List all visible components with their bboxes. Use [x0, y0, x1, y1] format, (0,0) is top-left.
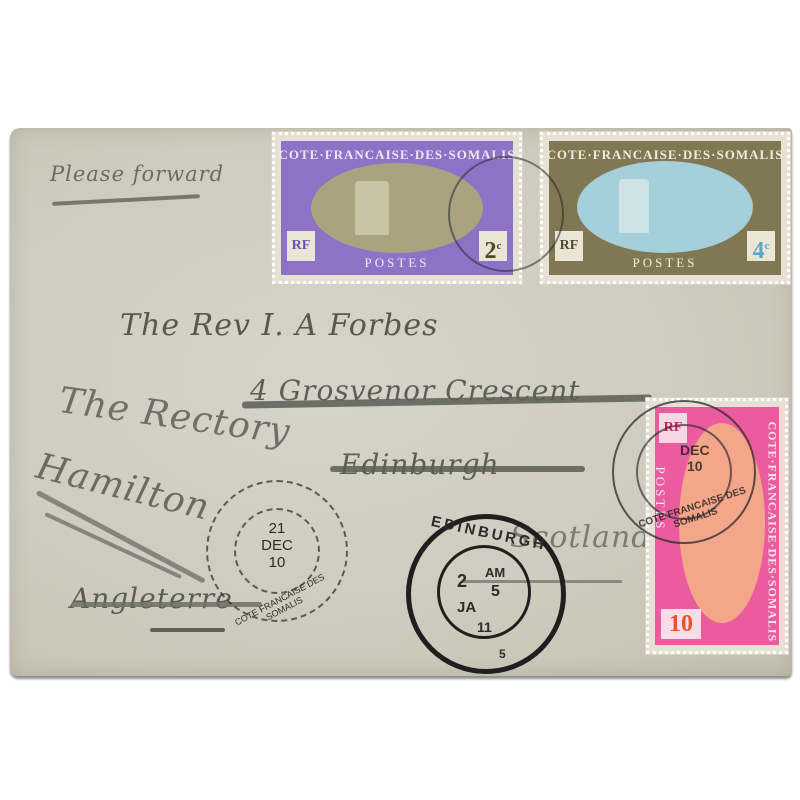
postmark-somalis-day: 21 [208, 520, 346, 537]
stamp-10c-value: 10 [661, 609, 701, 639]
postmark-somalis-right: DEC 10 COTE FRANCAISE DES SOMALIS [612, 400, 756, 544]
stamp-2c-building [355, 181, 389, 235]
new-city: Hamilton [32, 446, 214, 529]
addressee-name: The Rev I. A Forbes [120, 308, 439, 343]
stamp-4c-vignette [577, 161, 753, 253]
note-please-forward: Please forward [50, 162, 224, 186]
postmark-edinburgh-year: 11 [477, 619, 492, 635]
country-underline [150, 628, 225, 632]
note-underline [52, 194, 200, 206]
crossed-country: Angleterre [70, 582, 233, 615]
postmark-edinburgh: EDINBURGH 2 AM 5 JA 11 5 [406, 514, 566, 674]
postmark-edinburgh-day: 5 [491, 583, 500, 601]
postmark-edinburgh-hour: 2 [457, 571, 467, 592]
postmark-somalis-date: 21 DEC 10 COTE FRANCAISE DES SOMALIS [206, 480, 348, 622]
stamp-4c: COTE·FRANCAISE·DES·SOMALIS RF POSTES 4c [540, 132, 790, 284]
stamp-4c-country: COTE·FRANCAISE·DES·SOMALIS [543, 147, 787, 163]
postmark-edinburgh-ampm: AM [485, 565, 505, 580]
city-strikethrough [330, 466, 585, 472]
stamp-4c-value: 4c [747, 231, 775, 261]
stamp-10c-country: COTE·FRANCAISE·DES·SOMALIS [765, 422, 780, 632]
new-city-underline-2 [44, 512, 182, 579]
postmark-edinburgh-code: 5 [499, 647, 506, 661]
original-city: Edinburgh [340, 448, 500, 481]
stamp-4c-building [619, 179, 649, 233]
postmark-edinburgh-month: JA [457, 599, 476, 616]
postmark-somalis-upper [448, 156, 564, 272]
postmark-somalis-month: DEC [208, 537, 346, 554]
envelope: Please forward The Rev I. A Forbes 4 Gro… [10, 128, 792, 676]
